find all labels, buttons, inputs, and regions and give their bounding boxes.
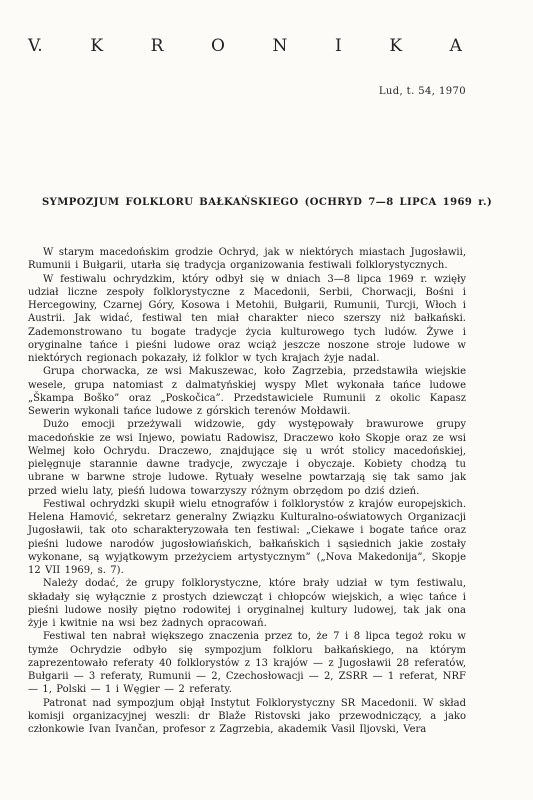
paragraph-1: W starym macedońskim grodzie Ochryd, jak… — [28, 246, 466, 273]
kronika-letter: A — [450, 36, 462, 56]
journal-reference: Lud, t. 54, 1970 — [379, 86, 466, 97]
paragraph-4: Dużo emocji przeżywali widzowie, gdy wys… — [28, 418, 466, 498]
kronika-letter: R — [151, 36, 164, 56]
paragraph-2: W festiwalu ochrydzkim, który odbył się … — [28, 273, 466, 366]
paragraph-5: Festiwal ochrydzki skupił wielu etnograf… — [28, 498, 466, 578]
paragraph-7: Festiwal ten nabrał większego znaczenia … — [28, 630, 466, 696]
kronika-letter: I — [335, 36, 342, 56]
paragraph-6: Należy dodać, że grupy folklorystyczne, … — [28, 577, 466, 630]
section-heading: V. K R O N I K A — [28, 36, 462, 56]
kronika-letter: O — [211, 36, 225, 56]
kronika-letter: K — [90, 36, 103, 56]
paragraph-3: Grupa chorwacka, ze wsi Makuszewac, koło… — [28, 365, 466, 418]
section-number: V. — [28, 36, 43, 56]
kronika-letter: K — [389, 36, 402, 56]
paragraph-8: Patronat nad sympozjum objął Instytut Fo… — [28, 697, 466, 737]
article-title: SYMPOZJUM FOLKLORU BAŁKAŃSKIEGO (OCHRYD … — [42, 197, 492, 208]
kronika-letter: N — [273, 36, 288, 56]
journal-page: V. K R O N I K A Lud, t. 54, 1970 SYMPOZ… — [0, 0, 533, 800]
article-body: W starym macedońskim grodzie Ochryd, jak… — [28, 246, 466, 736]
